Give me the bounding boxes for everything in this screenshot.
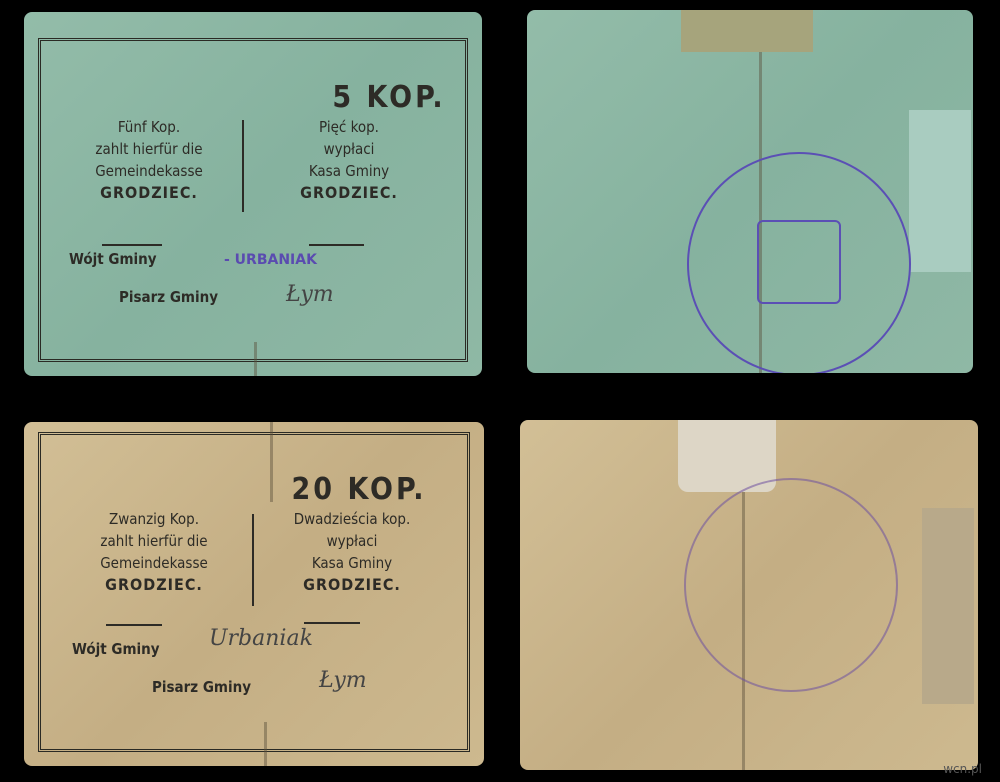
center-divider [242, 120, 244, 212]
banknote-5-kop-front: 5 KOP. Fünf Kop.zahlt hierfür dieGemeind… [24, 12, 482, 376]
signatory-wojt: Wójt Gminy [72, 640, 212, 658]
watermark: wcn.pl [943, 762, 982, 776]
tape-top [681, 10, 813, 52]
banknote-5-kop-back [527, 10, 973, 373]
signatory-pisarz: Pisarz Gminy [152, 678, 312, 696]
signatory-pisarz: Pisarz Gminy [119, 288, 279, 306]
handwritten-signature: Łym [286, 282, 334, 307]
denomination: 20 KOP. [279, 472, 439, 507]
denomination: 5 KOP. [314, 80, 464, 115]
tape-right [909, 110, 971, 272]
banknote-20-kop-front: 20 KOP. Zwanzig Kop.zahlt hierfür dieGem… [24, 422, 484, 766]
polish-text: Pięć kop.wypłaciKasa GminyGRODZIEC. [264, 116, 434, 204]
banknote-20-kop-back [520, 420, 978, 770]
german-text: Zwanzig Kop.zahlt hierfür dieGemeindekas… [59, 508, 249, 596]
official-seal [684, 478, 898, 692]
urbaniak-stamp: - URBANIAK [224, 252, 317, 268]
polish-text: Dwadzieścia kop.wypłaciKasa GminyGRODZIE… [262, 508, 442, 596]
german-text: Fünf Kop.zahlt hierfür dieGemeindekasseG… [54, 116, 244, 204]
handwritten-signature-urbaniak: Urbaniak [209, 626, 313, 651]
handwritten-signature: Łym [319, 668, 367, 693]
signatory-wojt: Wójt Gminy [69, 250, 209, 268]
tape-right [922, 508, 974, 704]
coat-of-arms-icon [757, 220, 841, 304]
center-divider [252, 514, 254, 606]
